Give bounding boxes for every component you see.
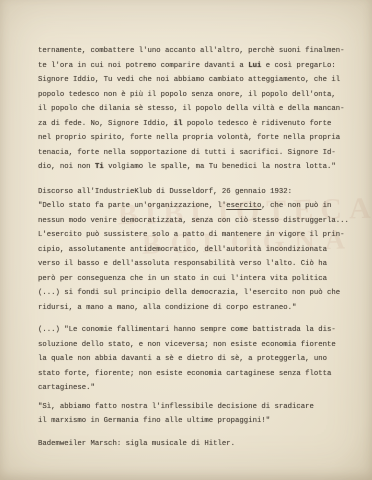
text-segment: stato forte, fiorente; non esiste econom…	[38, 370, 331, 378]
text-segment: la quale non abbia davanti a sè e dietro…	[38, 355, 327, 363]
text-segment: za di fede. No, Signore Iddio,	[38, 120, 174, 128]
text-line: za di fede. No, Signore Iddio, il popolo…	[38, 117, 352, 132]
text-segment: verso il basso e dell'assoluta responsab…	[38, 260, 327, 268]
text-segment: il popolo che dilania sè stesso, il popo…	[38, 105, 345, 113]
document-text: ternamente, combattere l'uno accanto all…	[38, 44, 352, 451]
text-line: verso il basso e dell'assoluta responsab…	[38, 257, 352, 272]
prayer-quote-paragraph: ternamente, combattere l'uno accanto all…	[38, 44, 352, 175]
text-line: stato forte, fiorente; non esiste econom…	[38, 367, 352, 382]
text-segment: "Dello stato fa parte un'organizzazione,…	[38, 202, 226, 210]
text-segment: il	[174, 120, 183, 128]
marxism-quote-paragraph: "Sì, abbiamo fatto nostra l'inflessibile…	[38, 400, 352, 429]
text-segment: nessun modo venire democratizzata, senza…	[38, 217, 349, 225]
text-line: L'esercito può sussistere solo a patto d…	[38, 228, 352, 243]
text-segment: Bademweiler Marsch: sigla musicale di Hi…	[38, 440, 235, 448]
text-segment: ridursi, a mano a mano, alla condizione …	[38, 304, 296, 312]
text-line: il popolo che dilania sè stesso, il popo…	[38, 102, 352, 117]
army-quote-paragraph: "Dello stato fa parte un'organizzazione,…	[38, 199, 352, 315]
text-line: "Dello stato fa parte un'organizzazione,…	[38, 199, 352, 214]
speech-heading: Discorso all'IndustrieKlub di Dusseldorf…	[38, 185, 352, 200]
text-segment: Discorso all'IndustrieKlub di Dusseldorf…	[38, 188, 292, 196]
text-segment: ternamente, combattere l'uno accanto all…	[38, 47, 345, 55]
music-note-paragraph: Bademweiler Marsch: sigla musicale di Hi…	[38, 437, 352, 452]
text-segment: cipio, assolutamente antidemocratico, de…	[38, 246, 327, 254]
text-line: "Sì, abbiamo fatto nostra l'inflessibile…	[38, 400, 352, 415]
text-segment: "Sì, abbiamo fatto nostra l'inflessibile…	[38, 403, 314, 411]
text-segment: (...) si fondi sul principio della democ…	[38, 289, 340, 297]
text-segment: Lui	[248, 62, 261, 70]
text-line: (...) "Le conomie fallimentari hanno sem…	[38, 323, 352, 338]
text-line: ternamente, combattere l'uno accanto all…	[38, 44, 352, 59]
text-segment: , che non può in	[261, 202, 331, 210]
text-line: (...) si fondi sul principio della democ…	[38, 286, 352, 301]
text-line: cartaginese."	[38, 381, 352, 396]
text-segment: te l'ora in cui noi potremo comparire da…	[38, 62, 248, 70]
text-segment: tenacia, forte nella sopportazione di tu…	[38, 149, 336, 157]
text-line: ridursi, a mano a mano, alla condizione …	[38, 301, 352, 316]
text-line: popolo tedesco non è più il popolo senza…	[38, 88, 352, 103]
text-segment: soluzione dello stato, e non viceversa; …	[38, 341, 336, 349]
text-segment: Signore Iddio, Tu vedi che noi abbiamo c…	[38, 76, 340, 84]
text-segment: L'esercito può sussistere solo a patto d…	[38, 231, 345, 239]
text-line: tenacia, forte nella sopportazione di tu…	[38, 146, 352, 161]
text-line: nel proprio spirito, forte nella propria…	[38, 131, 352, 146]
text-segment: Ti	[95, 163, 104, 171]
text-line: Signore Iddio, Tu vedi che noi abbiamo c…	[38, 73, 352, 88]
text-line: però per conseguenza che in un stato in …	[38, 272, 352, 287]
text-line: il marxismo in Germania fino alle ultime…	[38, 414, 352, 429]
text-segment: nel proprio spirito, forte nella propria…	[38, 134, 340, 142]
economy-quote-paragraph: (...) "Le conomie fallimentari hanno sem…	[38, 323, 352, 396]
text-segment: e così pregarLo:	[261, 62, 335, 70]
text-segment: popolo tedesco non è più il popolo senza…	[38, 91, 336, 99]
text-line: soluzione dello stato, e non viceversa; …	[38, 338, 352, 353]
text-line: te l'ora in cui noi potremo comparire da…	[38, 59, 352, 74]
text-segment: cartaginese."	[38, 384, 95, 392]
text-segment: esercito	[226, 202, 261, 210]
text-line: cipio, assolutamente antidemocratico, de…	[38, 243, 352, 258]
text-segment: dio, noi non	[38, 163, 95, 171]
text-segment: (...) "Le conomie fallimentari hanno sem…	[38, 326, 336, 334]
text-segment: volgiamo le spalle, ma Tu benedici la no…	[104, 163, 336, 171]
text-segment: popolo tedesco è ridivenuto forte	[183, 120, 332, 128]
text-line: Bademweiler Marsch: sigla musicale di Hi…	[38, 437, 352, 452]
text-segment: il marxismo in Germania fino alle ultime…	[38, 417, 270, 425]
text-segment: però per conseguenza che in un stato in …	[38, 275, 327, 283]
text-line: dio, noi non Ti volgiamo le spalle, ma T…	[38, 160, 352, 175]
text-line: la quale non abbia davanti a sè e dietro…	[38, 352, 352, 367]
text-line: Discorso all'IndustrieKlub di Dusseldorf…	[38, 185, 352, 200]
text-line: nessun modo venire democratizzata, senza…	[38, 214, 352, 229]
scanned-typewritten-page: BIBLIOTECA BOLOGNA ternamente, combatter…	[0, 0, 372, 480]
